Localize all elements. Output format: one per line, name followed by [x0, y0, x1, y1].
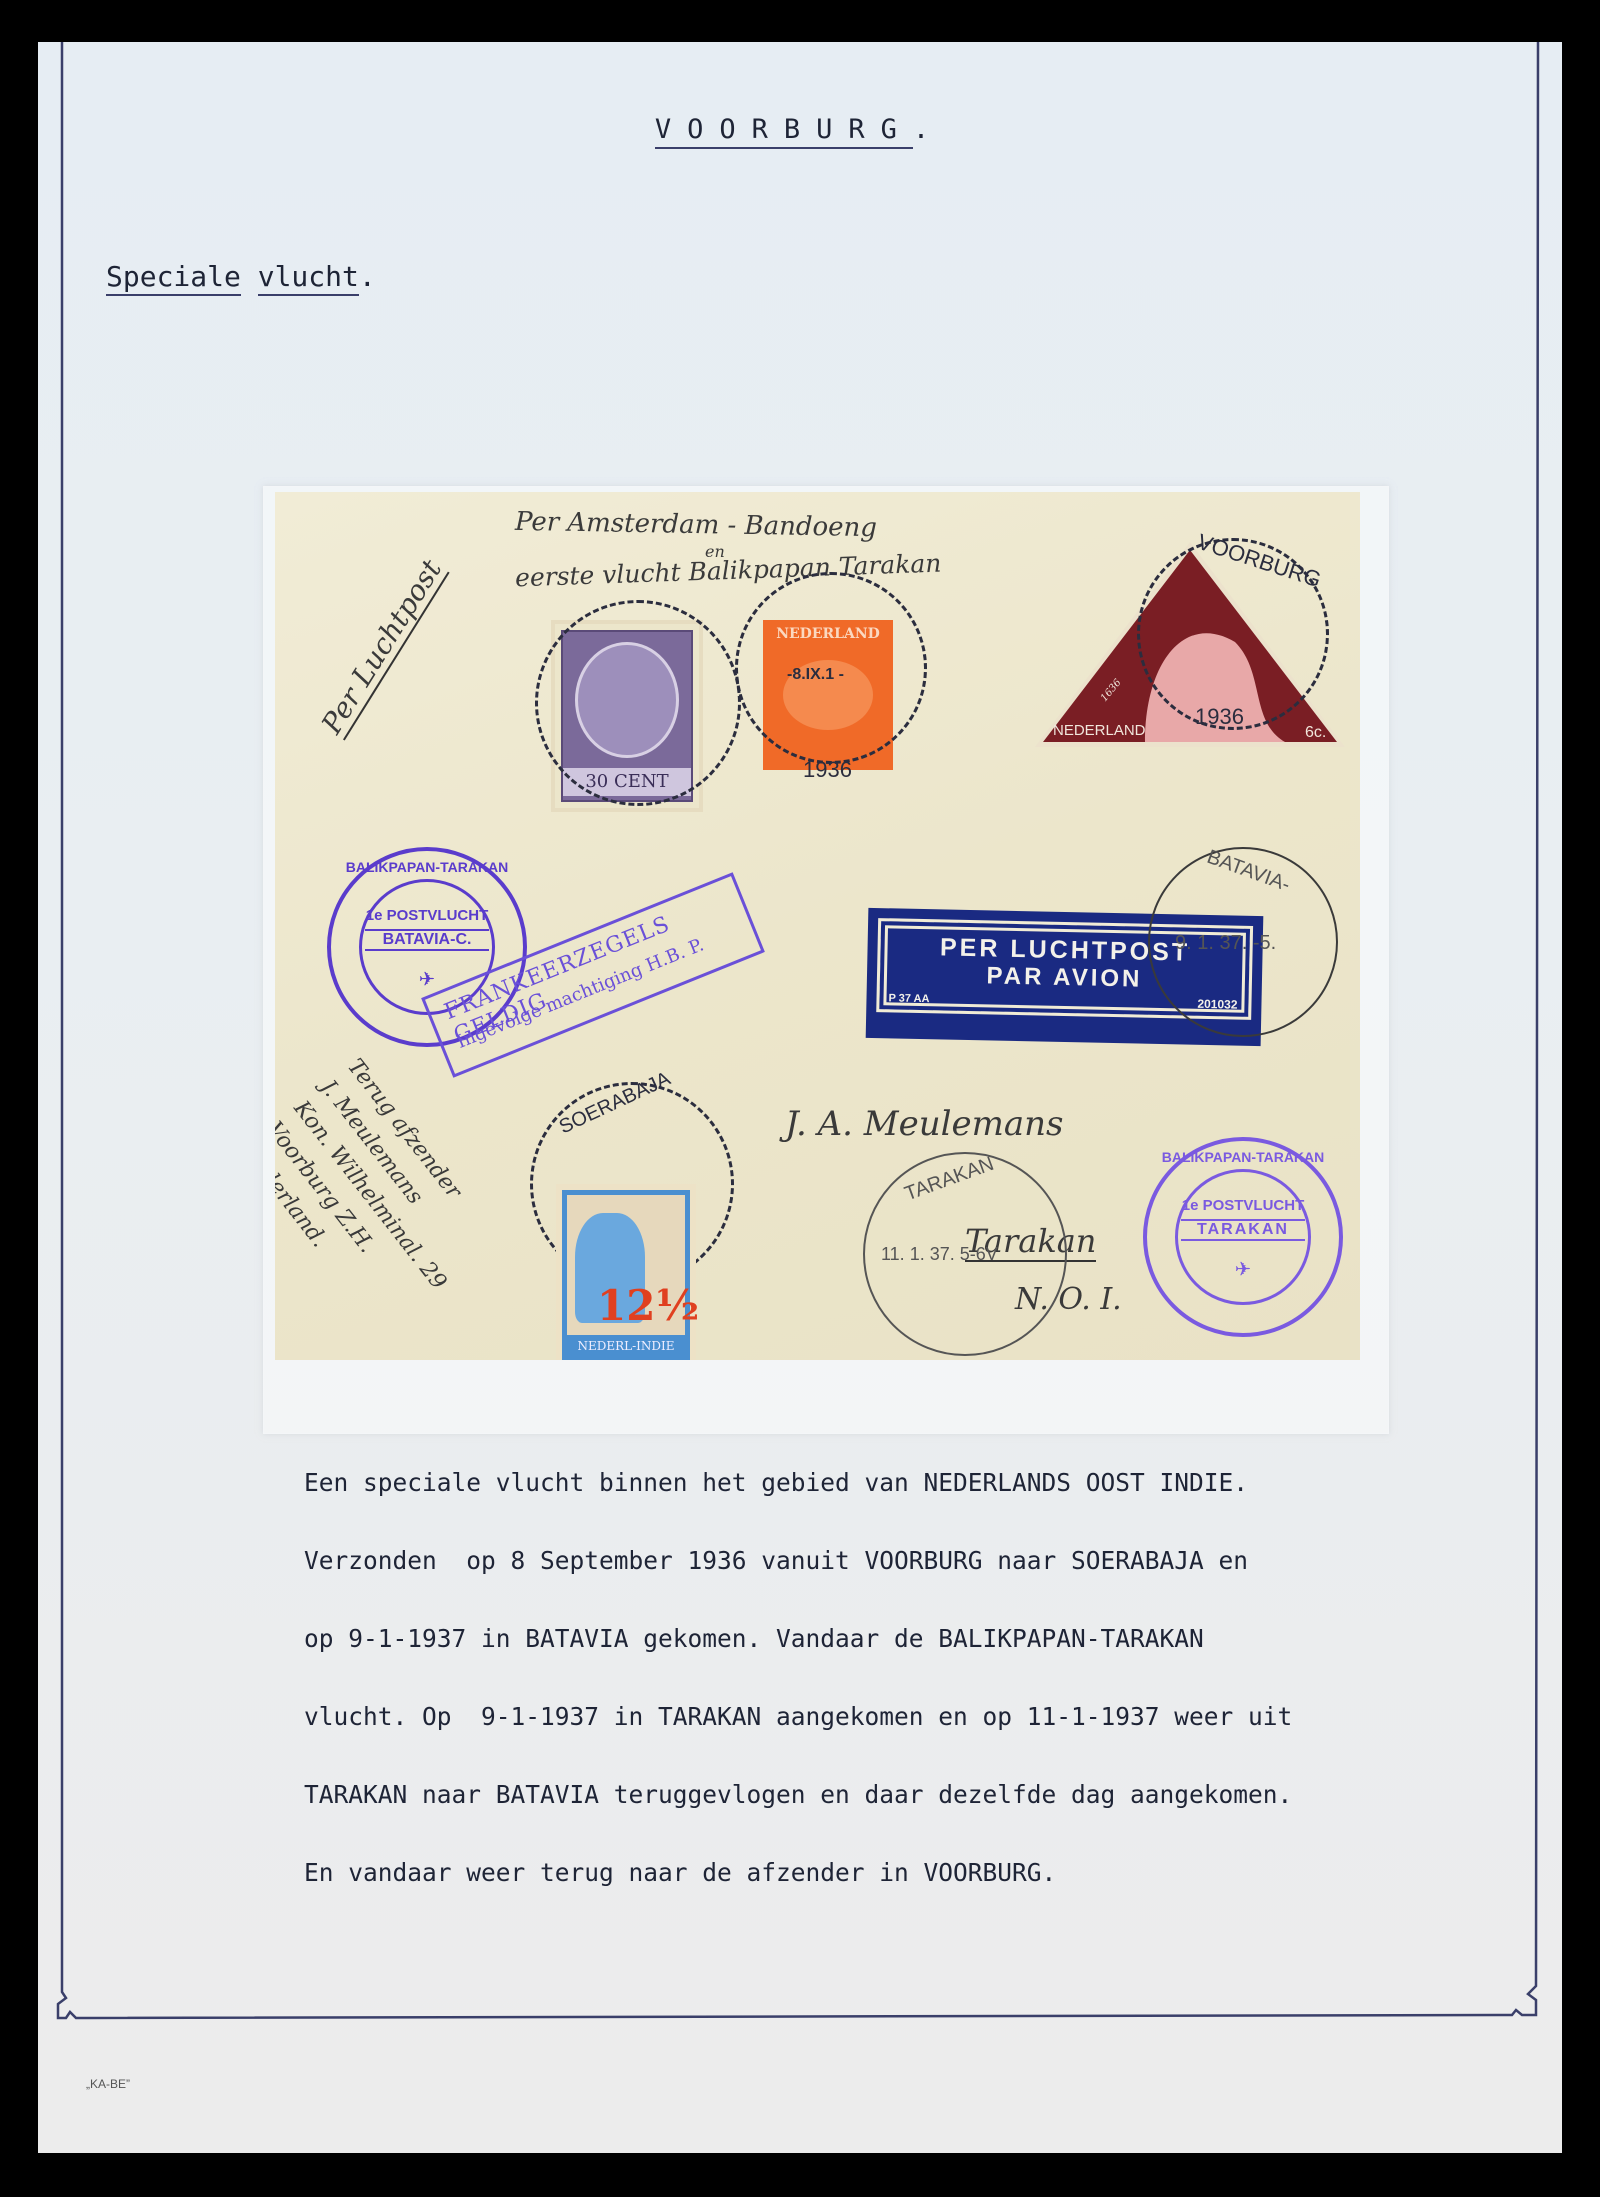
cancel-voorburg-2-date: -8.IX.1 -	[787, 666, 844, 684]
handwriting-addressee-name: J. A. Meulemans	[785, 1104, 1063, 1144]
cancel-voorburg-2-year: 1936	[803, 757, 852, 783]
handwriting-return-address: Terug afzender J. Meulemans Kon. Wilhelm…	[275, 1052, 508, 1339]
cover-description: Een speciale vlucht binnen het gebied va…	[304, 1418, 1292, 1938]
svg-text:6c.: 6c.	[1305, 724, 1326, 741]
airmail-cover: Per Luchtpost Per Amsterdam - Bandoeng e…	[275, 492, 1360, 1360]
cancel-batavia-date: 9. 1. 37. -5.	[1175, 932, 1276, 955]
cancel-tarakan-date: 11. 1. 37. 5-6V	[881, 1244, 998, 1265]
page-title-text: VOORBURG	[655, 114, 913, 149]
cachet-balikpapan-tarakan-tarakan: BALIKPAPAN-TARAKAN 1e POSTVLUCHT TARAKAN…	[1143, 1137, 1343, 1337]
handwriting-routing-line1: Per Amsterdam - Bandoeng	[515, 507, 877, 543]
airplane-icon: ✈	[1147, 1253, 1339, 1283]
album-page: VOORBURG. Speciale vlucht. Per Luchtpost…	[38, 42, 1562, 2153]
section-heading: Speciale vlucht.	[106, 260, 376, 293]
cancel-voorburg-3-year: 1936	[1195, 704, 1244, 730]
svg-text:NEDERLAND: NEDERLAND	[1053, 722, 1146, 739]
handwriting-per-luchtpost: Per Luchtpost	[315, 554, 448, 740]
stamp-nederl-indie-12-half: 12½ NEDERL-INDIE	[556, 1184, 696, 1360]
cancel-voorburg-1	[535, 600, 741, 806]
page-title: VOORBURG.	[38, 114, 1562, 145]
publisher-mark: „KA-BE”	[86, 2077, 130, 2091]
